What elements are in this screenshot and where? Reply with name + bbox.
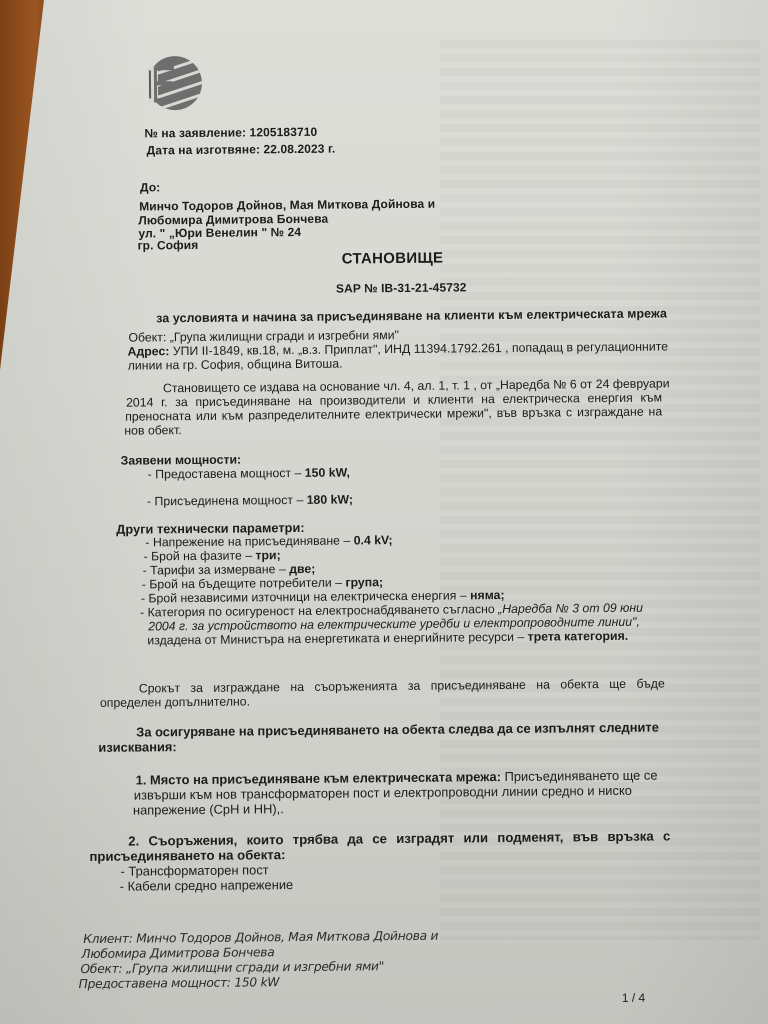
recipient-line-1: Минчо Тодоров Дойнов, Мая Миткова Дойнов… bbox=[139, 197, 435, 214]
point-2-heading-line-1: 2. Съоръжения, които трябва да се изград… bbox=[128, 828, 670, 848]
page-number: 1 / 4 bbox=[622, 991, 645, 1005]
document-subtitle: за условията и начина за присъединяване … bbox=[156, 306, 667, 325]
preparation-date: Дата на изготвяне: 22.08.2023 г. bbox=[147, 142, 336, 158]
document-page: № на заявление: 1205183710 Дата на изгот… bbox=[0, 0, 768, 1024]
application-number: № на заявление: 1205183710 bbox=[144, 125, 317, 141]
provided-power: - Предоставена мощност – 150 kW, bbox=[148, 465, 350, 481]
deadline-line-2: определен допълнително. bbox=[100, 694, 250, 709]
company-logo-icon bbox=[144, 54, 203, 113]
connected-power: - Присъединена мощност – 180 kW; bbox=[147, 492, 353, 508]
point-2-item: - Кабели средно напрежение bbox=[120, 877, 294, 894]
tech-item: - Напрежение на присъединяване – 0.4 kV; bbox=[145, 533, 392, 549]
point-2-item: - Трансформаторен пост bbox=[120, 862, 268, 878]
power-heading: Заявени мощности: bbox=[121, 453, 242, 468]
basis-line-4: нов обект. bbox=[124, 423, 182, 438]
tech-item: - Брой на фазите – три; bbox=[143, 548, 280, 563]
to-label: До: bbox=[140, 180, 160, 194]
requirements-line-2: изисквания: bbox=[98, 739, 176, 755]
recipient-city: гр. София bbox=[137, 238, 198, 253]
requirements-line-1: За осигуряване на присъединяването на об… bbox=[136, 720, 659, 740]
deadline-line-1: Срокът за изграждане на съоръженията за … bbox=[139, 676, 665, 695]
footer-power: Предоставена мощност: 150 kW bbox=[79, 975, 280, 991]
point-1-line-3: напрежение (СрН и НН),. bbox=[133, 801, 284, 817]
footer-client-line-2: Любомира Димитрова Бончева bbox=[81, 945, 274, 961]
footer-client-line-1: Клиент: Минчо Тодоров Дойнов, Мая Митков… bbox=[83, 929, 438, 946]
sap-number: SAP № IB-31-21-45732 bbox=[336, 280, 467, 295]
document-title: СТАНОВИЩЕ bbox=[342, 250, 444, 268]
address-line-2: линии на гр. София, община Витоша. bbox=[128, 357, 343, 373]
footer-object: Обект: „Група жилищни сгради и изгребни … bbox=[80, 959, 384, 976]
